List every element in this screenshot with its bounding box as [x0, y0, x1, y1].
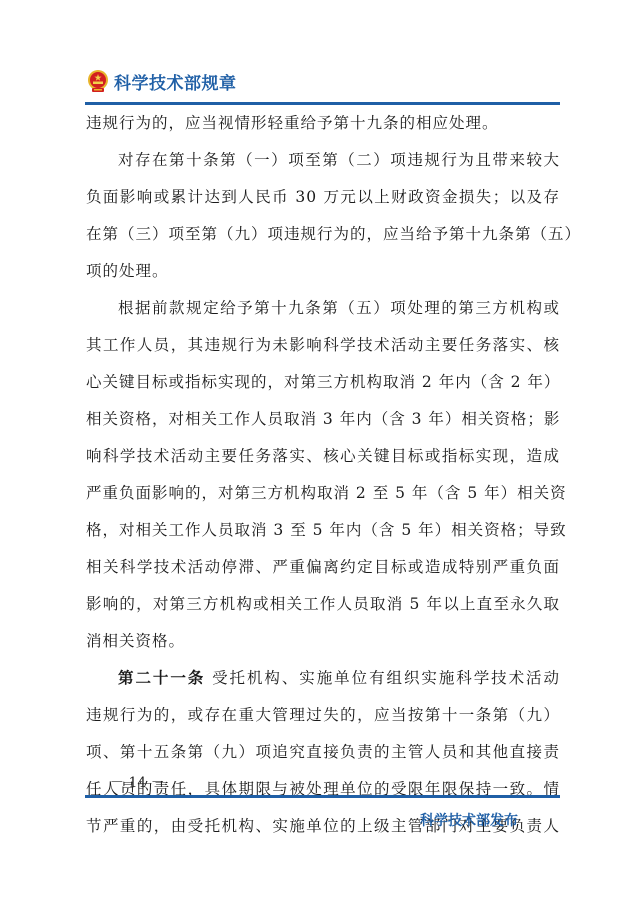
text-line: 在第（三）项至第（九）项违规行为的，应当给予第十九条第（五） [86, 216, 560, 253]
text-line: 消相关资格。 [86, 623, 560, 660]
header-title: 科学技术部规章 [114, 69, 237, 94]
footer-divider [85, 795, 560, 798]
text-line: 格，对相关工作人员取消 3 至 5 年内（含 5 年）相关资格；导致 [86, 512, 560, 549]
text-line: 项的处理。 [86, 253, 560, 290]
national-emblem-icon [86, 69, 110, 93]
text-line: 心关键目标或指标实现的，对第三方机构取消 2 年内（含 2 年） [86, 364, 560, 401]
text-line: 响科学技术活动主要任务落实、核心关键目标或指标实现，造成 [86, 438, 560, 475]
article-heading: 第二十一条 [118, 669, 205, 687]
text-line: 项、第十五条第（九）项追究直接负责的主管人员和其他直接责 [86, 734, 560, 771]
page-number: － 14 － [110, 772, 165, 792]
article-text: 受托机构、实施单位有组织实施科学技术活动 [205, 669, 560, 687]
text-line: 影响的，对第三方机构或相关工作人员取消 5 年以上直至永久取 [86, 586, 560, 623]
document-header: 科学技术部规章 [86, 66, 237, 96]
text-line: 对存在第十条第（一）项至第（二）项违规行为且带来较大 [86, 142, 560, 179]
text-line: 其工作人员，其违规行为未影响科学技术活动主要任务落实、核 [86, 327, 560, 364]
publisher-label: 科学技术部发布 [420, 810, 518, 830]
text-line: 违规行为的，或存在重大管理过失的，应当按第十一条第（九） [86, 697, 560, 734]
document-body: 违规行为的，应当视情形轻重给予第十九条的相应处理。 对存在第十条第（一）项至第（… [86, 105, 560, 845]
text-line: 相关资格，对相关工作人员取消 3 年内（含 3 年）相关资格；影 [86, 401, 560, 438]
text-line: 违规行为的，应当视情形轻重给予第十九条的相应处理。 [86, 105, 560, 142]
text-line: 负面影响或累计达到人民币 30 万元以上财政资金损失；以及存 [86, 179, 560, 216]
text-line: 相关科学技术活动停滞、严重偏离约定目标或造成特别严重负面 [86, 549, 560, 586]
text-line: 根据前款规定给予第十九条第（五）项处理的第三方机构或 [86, 290, 560, 327]
article-first-line: 第二十一条 受托机构、实施单位有组织实施科学技术活动 [86, 660, 560, 697]
text-line: 严重负面影响的，对第三方机构取消 2 至 5 年（含 5 年）相关资 [86, 475, 560, 512]
